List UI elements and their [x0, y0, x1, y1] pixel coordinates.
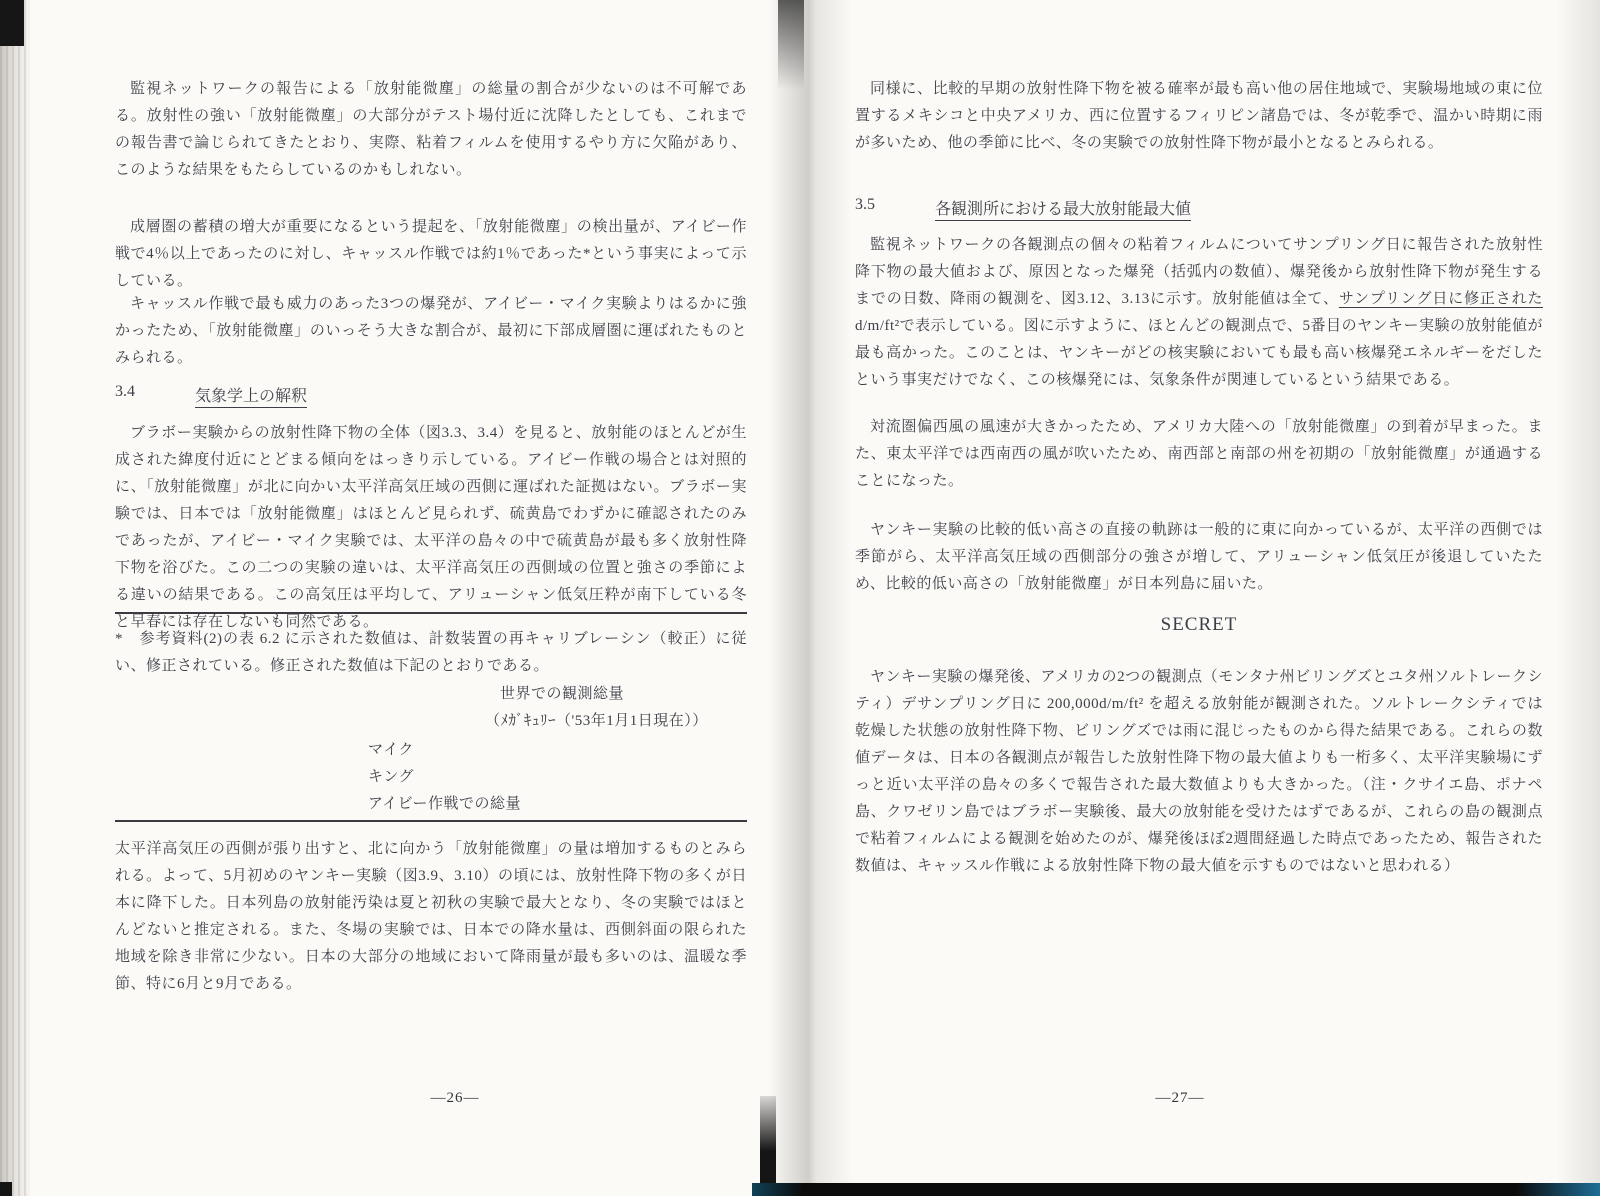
section-number: 3.4 — [115, 383, 195, 408]
footnote-unit-label: （ﾒｶﾞｷｭﾘｰ（'53年1月1日現在）） — [485, 709, 708, 730]
footnote-total-label: 世界での観測総量 — [500, 682, 624, 703]
page-number-right: —27— — [855, 1090, 1505, 1107]
footnote-rule-top — [115, 612, 747, 614]
paragraph-stratosphere-accumulation: 成層圏の蓄積の増大が重要になるという提起を、「放射能微塵」の検出量が、アイビー作… — [115, 214, 747, 295]
paragraph-similar-regions: 同様に、比較的早期の放射性降下物を被る確率が最も高い他の居住地域で、実験場地域の… — [855, 76, 1543, 157]
scan-bottom-dark-band — [752, 1183, 1600, 1196]
footnote-item-mike: マイク — [368, 738, 414, 759]
section-heading-3-5: 3.5 各観測所における最大放射能最大値 — [855, 196, 1543, 221]
page-number-left: —26— — [115, 1090, 795, 1107]
scan-gutter-shadow — [768, 0, 852, 1196]
scan-right-page-edge — [1556, 0, 1600, 1196]
scan-gutter-top-shadow — [778, 0, 804, 90]
section-heading-3-4: 3.4 気象学上の解釈 — [115, 383, 747, 408]
scan-dark-corner-bottom-left — [0, 1182, 12, 1196]
secret-classification-marker: SECRET — [855, 614, 1543, 636]
scanned-book-spread: { "left_page": { "page_number": "—26—", … — [0, 0, 1600, 1196]
scan-canvas: 監視ネットワークの報告による「放射能微塵」の総量の割合が少ないのは不可解である。… — [0, 0, 1600, 1196]
paragraph-monitoring-network: 監視ネットワークの報告による「放射能微塵」の総量の割合が少ないのは不可解である。… — [115, 76, 747, 184]
section-title: 各観測所における最大放射能最大値 — [935, 196, 1191, 221]
footnote-rule-bottom — [115, 820, 747, 822]
paragraph-yankee-observations: ヤンキー実験の爆発後、アメリカの2つの観測点（モンタナ州ビリングズとユタ州ソルト… — [855, 664, 1543, 880]
paragraph-pacific-high: 太平洋高気圧の西側が張り出すと、北に向かう「放射能微塵」の量は増加するものとみら… — [115, 836, 747, 998]
paragraph-castle-explosions: キャッスル作戦で最も威力のあった3つの爆発が、アイビー・マイク実験よりはるかに強… — [115, 291, 747, 372]
section-title: 気象学上の解釈 — [195, 383, 307, 408]
footnote-item-king: キング — [368, 765, 414, 786]
paragraph-yankee-trajectory: ヤンキー実験の比較的低い高さの直接の軌跡は一般的に東に向かっているが、太平洋の西… — [855, 517, 1543, 598]
footnote-body: * 参考資料(2)の表 6.2 に示された数値は、計数装置の再キャリブレーシン（… — [115, 626, 747, 680]
footnote-item-ivy-total: アイビー作戦での総量 — [368, 792, 521, 813]
paragraph-max-values: 監視ネットワークの各観測点の個々の粘着フィルムについてサンプリング日に報告された… — [855, 232, 1543, 394]
scan-dark-corner-top-left — [0, 0, 24, 46]
paragraph-westerlies: 対流圏偏西風の風速が大きかったため、アメリカ大陸への「放射能微塵」の到着が早まっ… — [855, 414, 1543, 495]
scan-left-page-edge — [0, 0, 30, 1196]
scan-gutter-bottom-shadow — [760, 1096, 776, 1196]
section-number: 3.5 — [855, 196, 935, 221]
paragraph-bravo-fallout: ブラボー実験からの放射性降下物の全体（図3.3、3.4）を見ると、放射能のほとん… — [115, 420, 747, 636]
